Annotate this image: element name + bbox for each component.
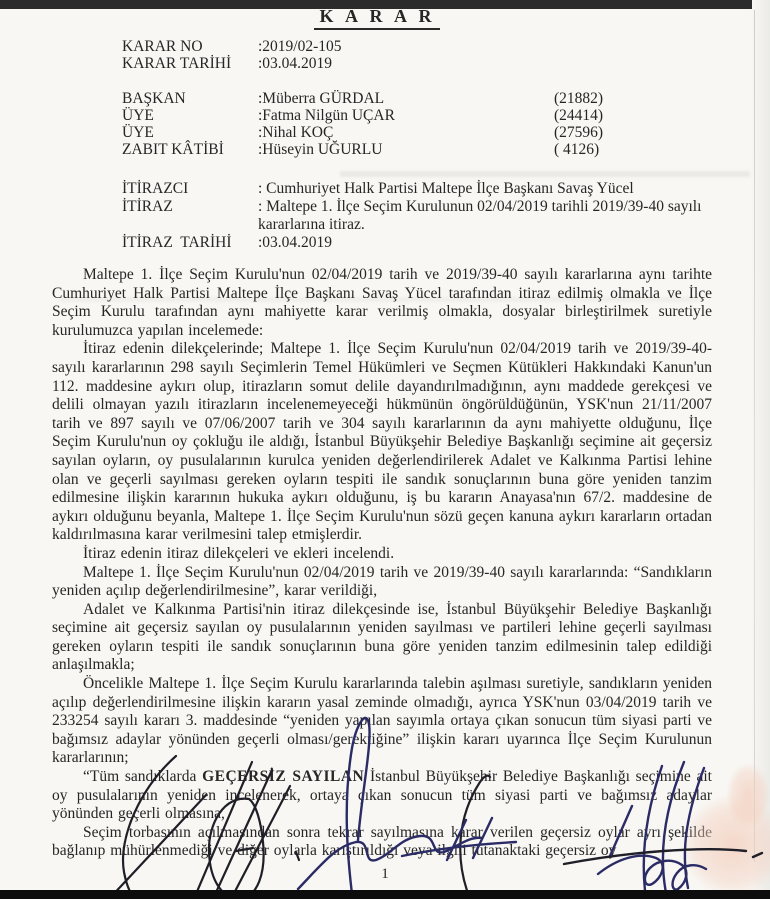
- decision-date-row: KARAR TARİHİ :03.04.2019: [122, 55, 554, 72]
- member-name: :Fatma Nilgün UÇAR: [258, 107, 554, 124]
- board-member-row: ZABIT KÂTİBİ :Hüseyin UĞURLU ( 4126): [122, 141, 603, 158]
- board-member-row: BAŞKAN :Müberra GÜRDAL (21882): [122, 90, 603, 107]
- scan-bottom-edge-bar: [0, 890, 770, 899]
- page-number: 1: [0, 866, 770, 883]
- decision-date-label: KARAR TARİHİ: [122, 55, 258, 72]
- objector-label: İTİRAZCI: [122, 180, 258, 198]
- objection-row: İTİRAZ : Maltepe 1. İlçe Seçim Kurulunun…: [122, 198, 710, 234]
- decision-body-text: Maltepe 1. İlçe Seçim Kurulu'nun 02/04/2…: [52, 266, 712, 861]
- document-title-text: K A R A R: [314, 6, 439, 30]
- body-paragraph-8: Seçim torbasının açılmasından sonra tekr…: [52, 824, 712, 861]
- member-name: :Müberra GÜRDAL: [258, 90, 554, 107]
- body-paragraph-4: Maltepe 1. İlçe Seçim Kurulu'nun 02/04/2…: [52, 564, 712, 601]
- objector-row: İTİRAZCI : Cumhuriyet Halk Partisi Malte…: [122, 180, 710, 198]
- scan-right-shadow: [750, 0, 770, 899]
- body-paragraph-5: Adalet ve Kalkınma Partisi'nin itiraz di…: [52, 601, 712, 675]
- board-member-row: ÜYE :Nihal KOÇ (27596): [122, 124, 603, 141]
- decision-no-row: KARAR NO :2019/02-105: [122, 38, 554, 55]
- objection-value: : Maltepe 1. İlçe Seçim Kurulunun 02/04/…: [258, 198, 710, 234]
- member-role: BAŞKAN: [122, 90, 258, 107]
- member-registry-no: (27596): [554, 124, 603, 141]
- body-paragraph-2: İtiraz edenin dilekçelerinde; Maltepe 1.…: [52, 340, 712, 545]
- member-name: :Hüseyin UĞURLU: [258, 141, 554, 158]
- objector-value: : Cumhuriyet Halk Partisi Maltepe İlçe B…: [258, 180, 710, 198]
- body-paragraph-7: “Tüm sandıklarda GEÇERSİZ SAYILAN İstanb…: [52, 768, 712, 824]
- board-member-row: ÜYE :Fatma Nilgün UÇAR (24414): [122, 107, 603, 124]
- decision-no-label: KARAR NO: [122, 38, 258, 55]
- member-registry-no: (24414): [554, 107, 603, 124]
- decision-date-value: :03.04.2019: [258, 55, 554, 72]
- paragraph-7-prefix: “Tüm sandıklarda: [83, 768, 202, 785]
- member-role: ÜYE: [122, 124, 258, 141]
- member-role: ÜYE: [122, 107, 258, 124]
- decision-meta-block: KARAR NO :2019/02-105 KARAR TARİHİ :03.0…: [122, 38, 554, 72]
- body-paragraph-1: Maltepe 1. İlçe Seçim Kurulu'nun 02/04/2…: [52, 266, 712, 340]
- board-members-block: BAŞKAN :Müberra GÜRDAL (21882) ÜYE :Fatm…: [122, 90, 603, 158]
- body-paragraph-6: Öncelikle Maltepe 1. İlçe Seçim Kurulu k…: [52, 675, 712, 768]
- objection-date-value: :03.04.2019: [258, 234, 710, 252]
- decision-no-value: :2019/02-105: [258, 38, 554, 55]
- member-registry-no: (21882): [554, 90, 603, 107]
- paragraph-7-bold-phrase: GEÇERSİZ SAYILAN: [202, 768, 364, 785]
- member-registry-no: ( 4126): [554, 141, 603, 158]
- document-title: K A R A R: [0, 6, 754, 30]
- member-role: ZABIT KÂTİBİ: [122, 141, 258, 158]
- objection-label: İTİRAZ: [122, 198, 258, 234]
- objection-date-row: İTİRAZ TARİHİ :03.04.2019: [122, 234, 710, 252]
- objection-date-label: İTİRAZ TARİHİ: [122, 234, 258, 252]
- body-paragraph-3: İtiraz edenin itiraz dilekçeleri ve ekle…: [52, 545, 712, 564]
- scan-smudge: [340, 171, 750, 177]
- objection-info-block: İTİRAZCI : Cumhuriyet Halk Partisi Malte…: [122, 180, 710, 252]
- scanned-decision-page: K A R A R KARAR NO :2019/02-105 KARAR TA…: [0, 0, 770, 899]
- member-name: :Nihal KOÇ: [258, 124, 554, 141]
